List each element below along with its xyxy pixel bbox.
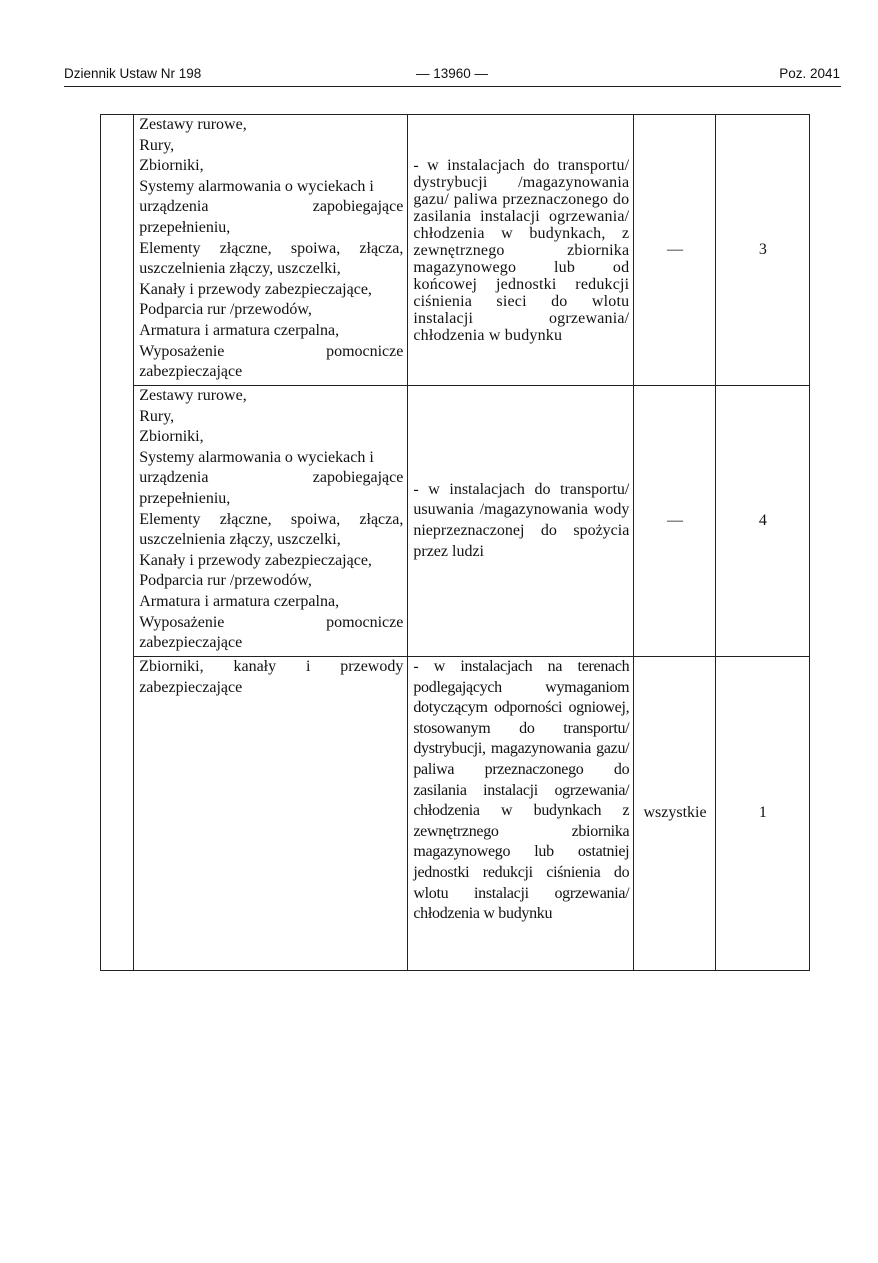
product-line: zabezpieczające	[139, 678, 403, 699]
position-number: Poz. 2041	[779, 66, 840, 81]
product-line: Systemy alarmowania o wyciekach i	[139, 177, 403, 198]
products-cell: Zestawy rurowe, Rury, Zbiorniki, Systemy…	[134, 115, 408, 386]
system-cell: 1	[715, 657, 809, 971]
products-cell: Zestawy rurowe, Rury, Zbiorniki, Systemy…	[134, 386, 408, 657]
product-line: Zestawy rurowe,	[139, 386, 403, 407]
product-line: Podparcia rur /przewodów,	[139, 571, 403, 592]
product-line: uszczelnienia złączy, uszczelki,	[139, 259, 403, 280]
product-line: Elementy złączne, spoiwa, złącza,	[139, 239, 403, 260]
products-cell: Zbiorniki, kanały i przewody zabezpiecza…	[134, 657, 408, 971]
product-line: Rury,	[139, 407, 403, 428]
product-line: zabezpieczające	[139, 362, 403, 383]
intended-use-cell: - w instalacjach do transportu/ usuwania…	[408, 386, 634, 657]
class-value: —	[667, 512, 683, 529]
product-line: Kanały i przewody zabezpieczające,	[139, 280, 403, 301]
table-row: Zestawy rurowe, Rury, Zbiorniki, Systemy…	[101, 386, 810, 657]
product-line: urządzenia zapobiegające	[139, 468, 403, 489]
class-value: wszystkie	[643, 804, 706, 821]
header-divider	[64, 86, 841, 87]
product-line: przepełnieniu,	[139, 489, 403, 510]
product-line: Zestawy rurowe,	[139, 115, 403, 136]
table-row: Zbiorniki, kanały i przewody zabezpiecza…	[101, 657, 810, 971]
product-line: Armatura i armatura czerpalna,	[139, 321, 403, 342]
product-line: przepełnieniu,	[139, 218, 403, 239]
system-cell: 3	[715, 115, 809, 386]
product-table: Zestawy rurowe, Rury, Zbiorniki, Systemy…	[100, 114, 810, 971]
product-line: Systemy alarmowania o wyciekach i	[139, 448, 403, 469]
product-line: Elementy złączne, spoiwa, złącza,	[139, 510, 403, 531]
product-line: Armatura i armatura czerpalna,	[139, 592, 403, 613]
product-line: uszczelnienia złączy, uszczelki,	[139, 530, 403, 551]
table-row: Zestawy rurowe, Rury, Zbiorniki, Systemy…	[101, 115, 810, 386]
class-value: —	[667, 241, 683, 258]
product-line: zabezpieczające	[139, 633, 403, 654]
system-cell: 4	[715, 386, 809, 657]
product-line: Podparcia rur /przewodów,	[139, 300, 403, 321]
class-cell: —	[634, 115, 715, 386]
product-line: Kanały i przewody zabezpieczające,	[139, 551, 403, 572]
product-line: Zbiorniki, kanały i przewody	[139, 657, 403, 678]
row-number-cell	[101, 115, 134, 971]
intended-use-cell: - w instalacjach do transportu/ dystrybu…	[408, 115, 634, 386]
product-line: Wyposażenie pomocnicze	[139, 613, 403, 634]
class-cell: —	[634, 386, 715, 657]
intended-use-cell: - w instalacjach na terenach podlegający…	[408, 657, 634, 971]
page-header: Dziennik Ustaw Nr 198 — 13960 — Poz. 204…	[64, 66, 840, 86]
product-line: urządzenia zapobiegające	[139, 197, 403, 218]
system-value: 1	[759, 804, 767, 821]
product-line: Zbiorniki,	[139, 427, 403, 448]
product-line: Rury,	[139, 136, 403, 157]
system-value: 3	[759, 241, 767, 258]
page-number: — 13960 —	[64, 66, 840, 81]
product-line: Wyposażenie pomocnicze	[139, 342, 403, 363]
system-value: 4	[759, 512, 767, 529]
product-line: Zbiorniki,	[139, 156, 403, 177]
class-cell: wszystkie	[634, 657, 715, 971]
